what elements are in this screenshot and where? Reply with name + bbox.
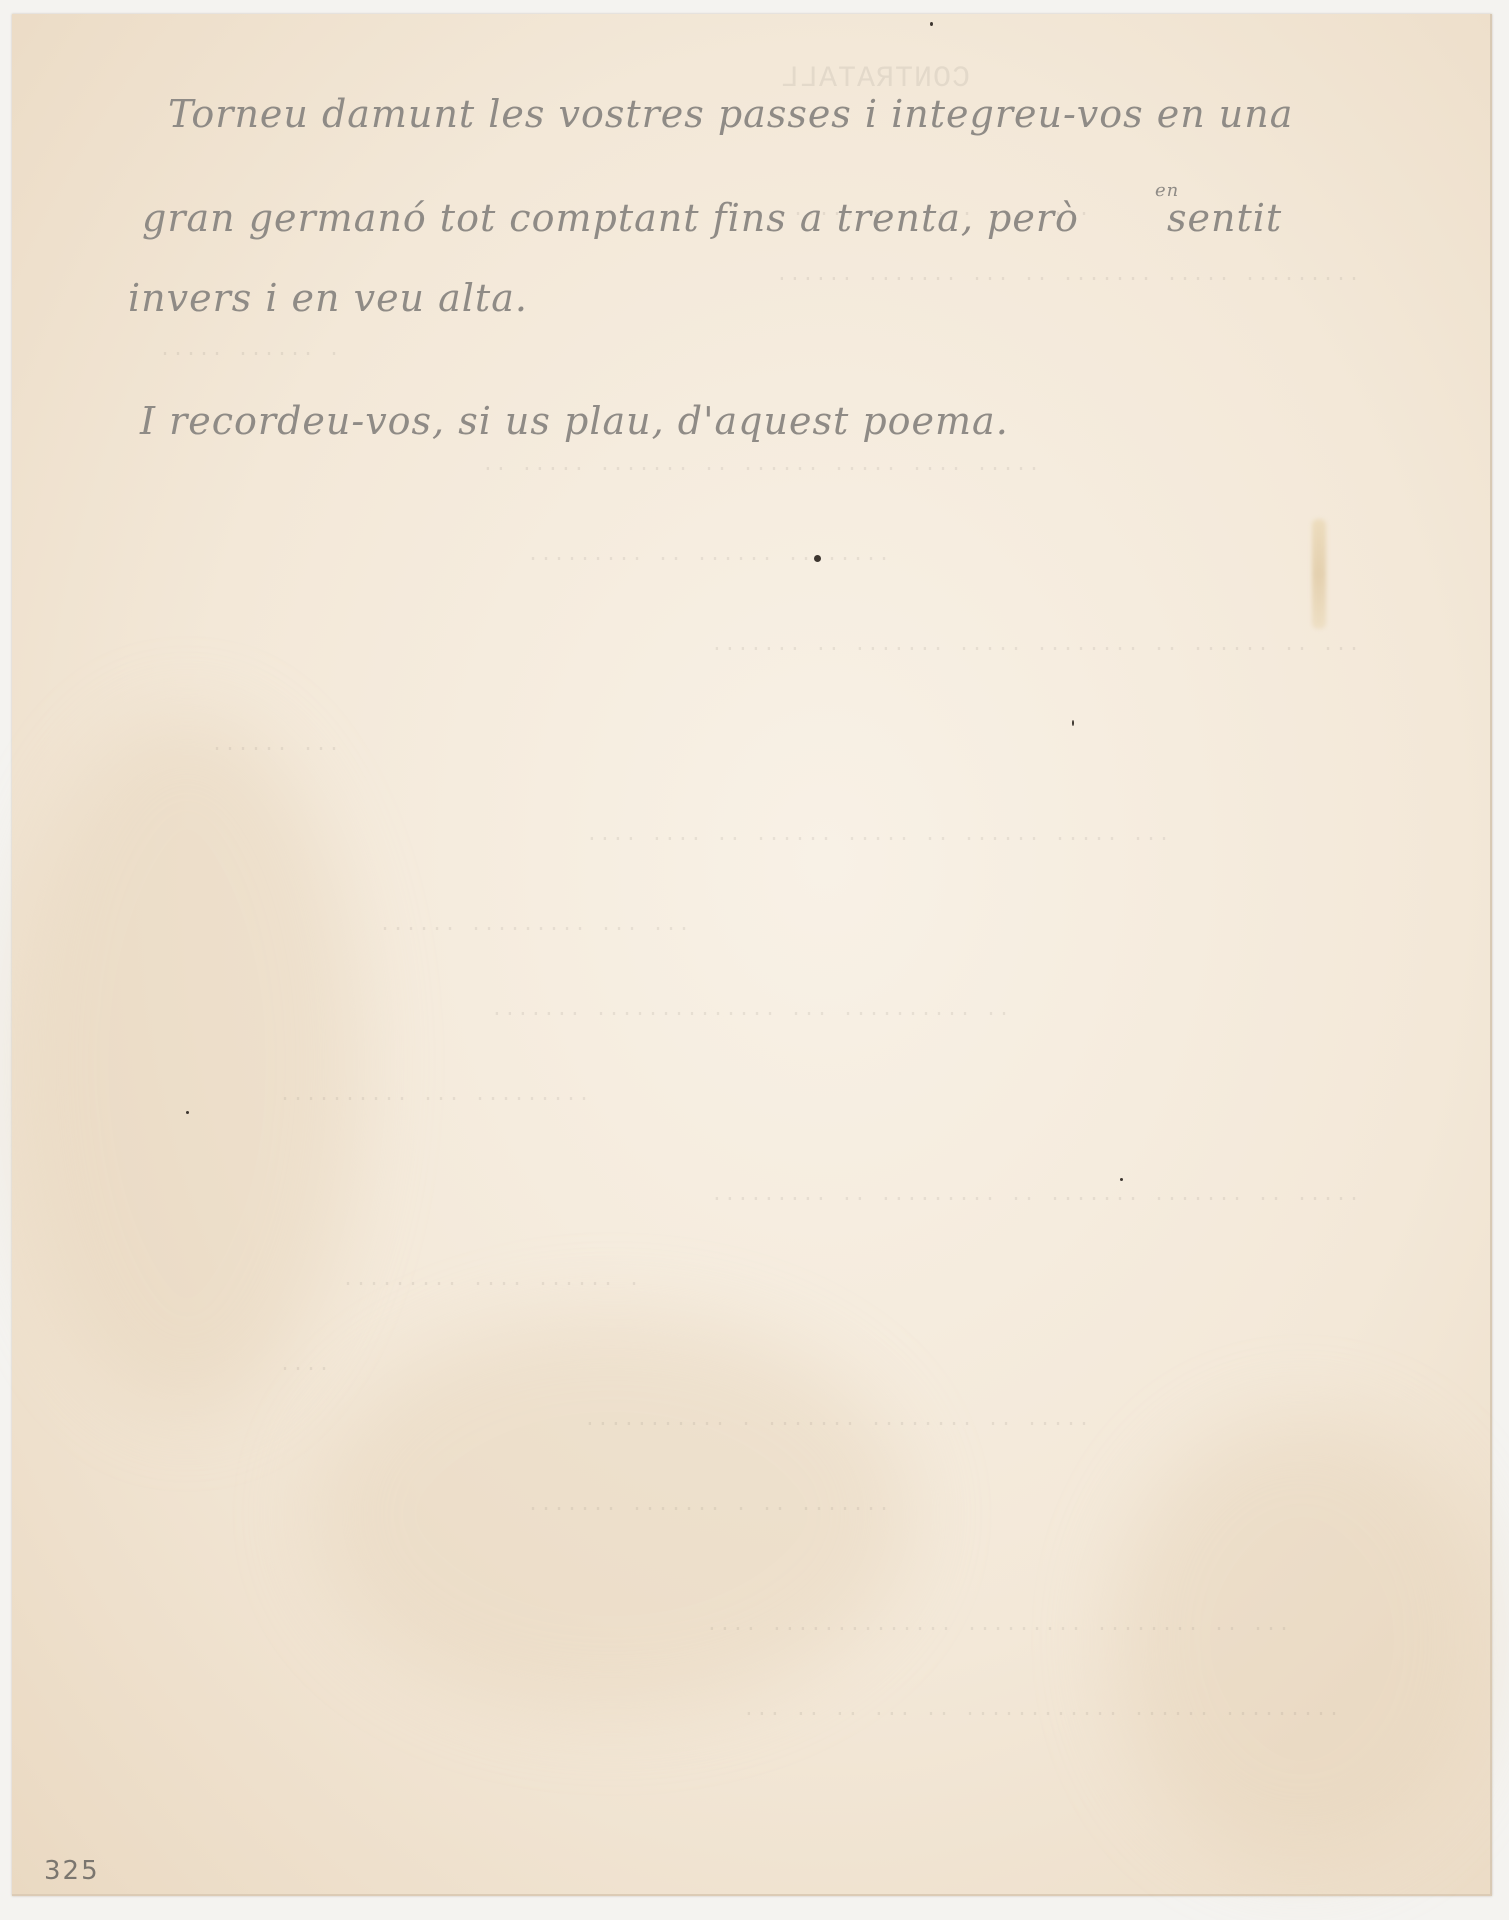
paper-stain (12, 714, 362, 1414)
handwritten-line-3: invers i en veu alta. (128, 276, 528, 320)
handwritten-line-4: I recordeu-vos, si us plau, d'aquest poe… (140, 399, 1009, 443)
paper-discoloration (1312, 519, 1326, 629)
show-through-line: ......... ..... ....... .. ... ....... .… (775, 264, 1360, 287)
show-through-line: ........ ...... .. ......... (526, 544, 890, 567)
show-through-line: . ...... ..... (158, 339, 340, 362)
paper-stain (312, 1314, 912, 1714)
show-through-line: ..... .. ....... ....... .. ......... ..… (710, 1184, 1360, 1207)
ink-speck (1072, 720, 1074, 726)
show-through-line: .... (278, 1354, 330, 1377)
show-through-line: ... ... ......... ...... (378, 914, 690, 937)
handwritten-line-2: gran germanó tot comptant fins a trenta,… (142, 196, 1079, 240)
show-through-line: ... .. ...... .. ........ ..... ....... … (710, 634, 1360, 657)
ink-speck (930, 22, 933, 26)
ink-speck (186, 1111, 189, 1114)
show-through-line: ... ..... ...... .. ..... ...... .. ....… (585, 824, 1170, 847)
page-number: 325 (44, 1856, 100, 1886)
handwritten-line-1: Torneu damunt les vostres passes i integ… (168, 92, 1293, 136)
show-through-line: CONTRATALL (780, 62, 970, 96)
show-through-line: .. .......... ... .............. ....... (490, 999, 1010, 1022)
show-through-line: ..... .... ..... ...... .. ....... .....… (481, 454, 1040, 477)
paper-stain (1112, 1414, 1492, 1864)
ink-speck (1120, 1178, 1123, 1181)
handwritten-line-2-end: sentit (1167, 196, 1282, 240)
ink-speck (814, 555, 821, 562)
paper-sheet: CONTRATALL ........ ...... ....... ... .… (12, 14, 1492, 1896)
show-through-line: . ...... .... ......... (341, 1269, 640, 1292)
